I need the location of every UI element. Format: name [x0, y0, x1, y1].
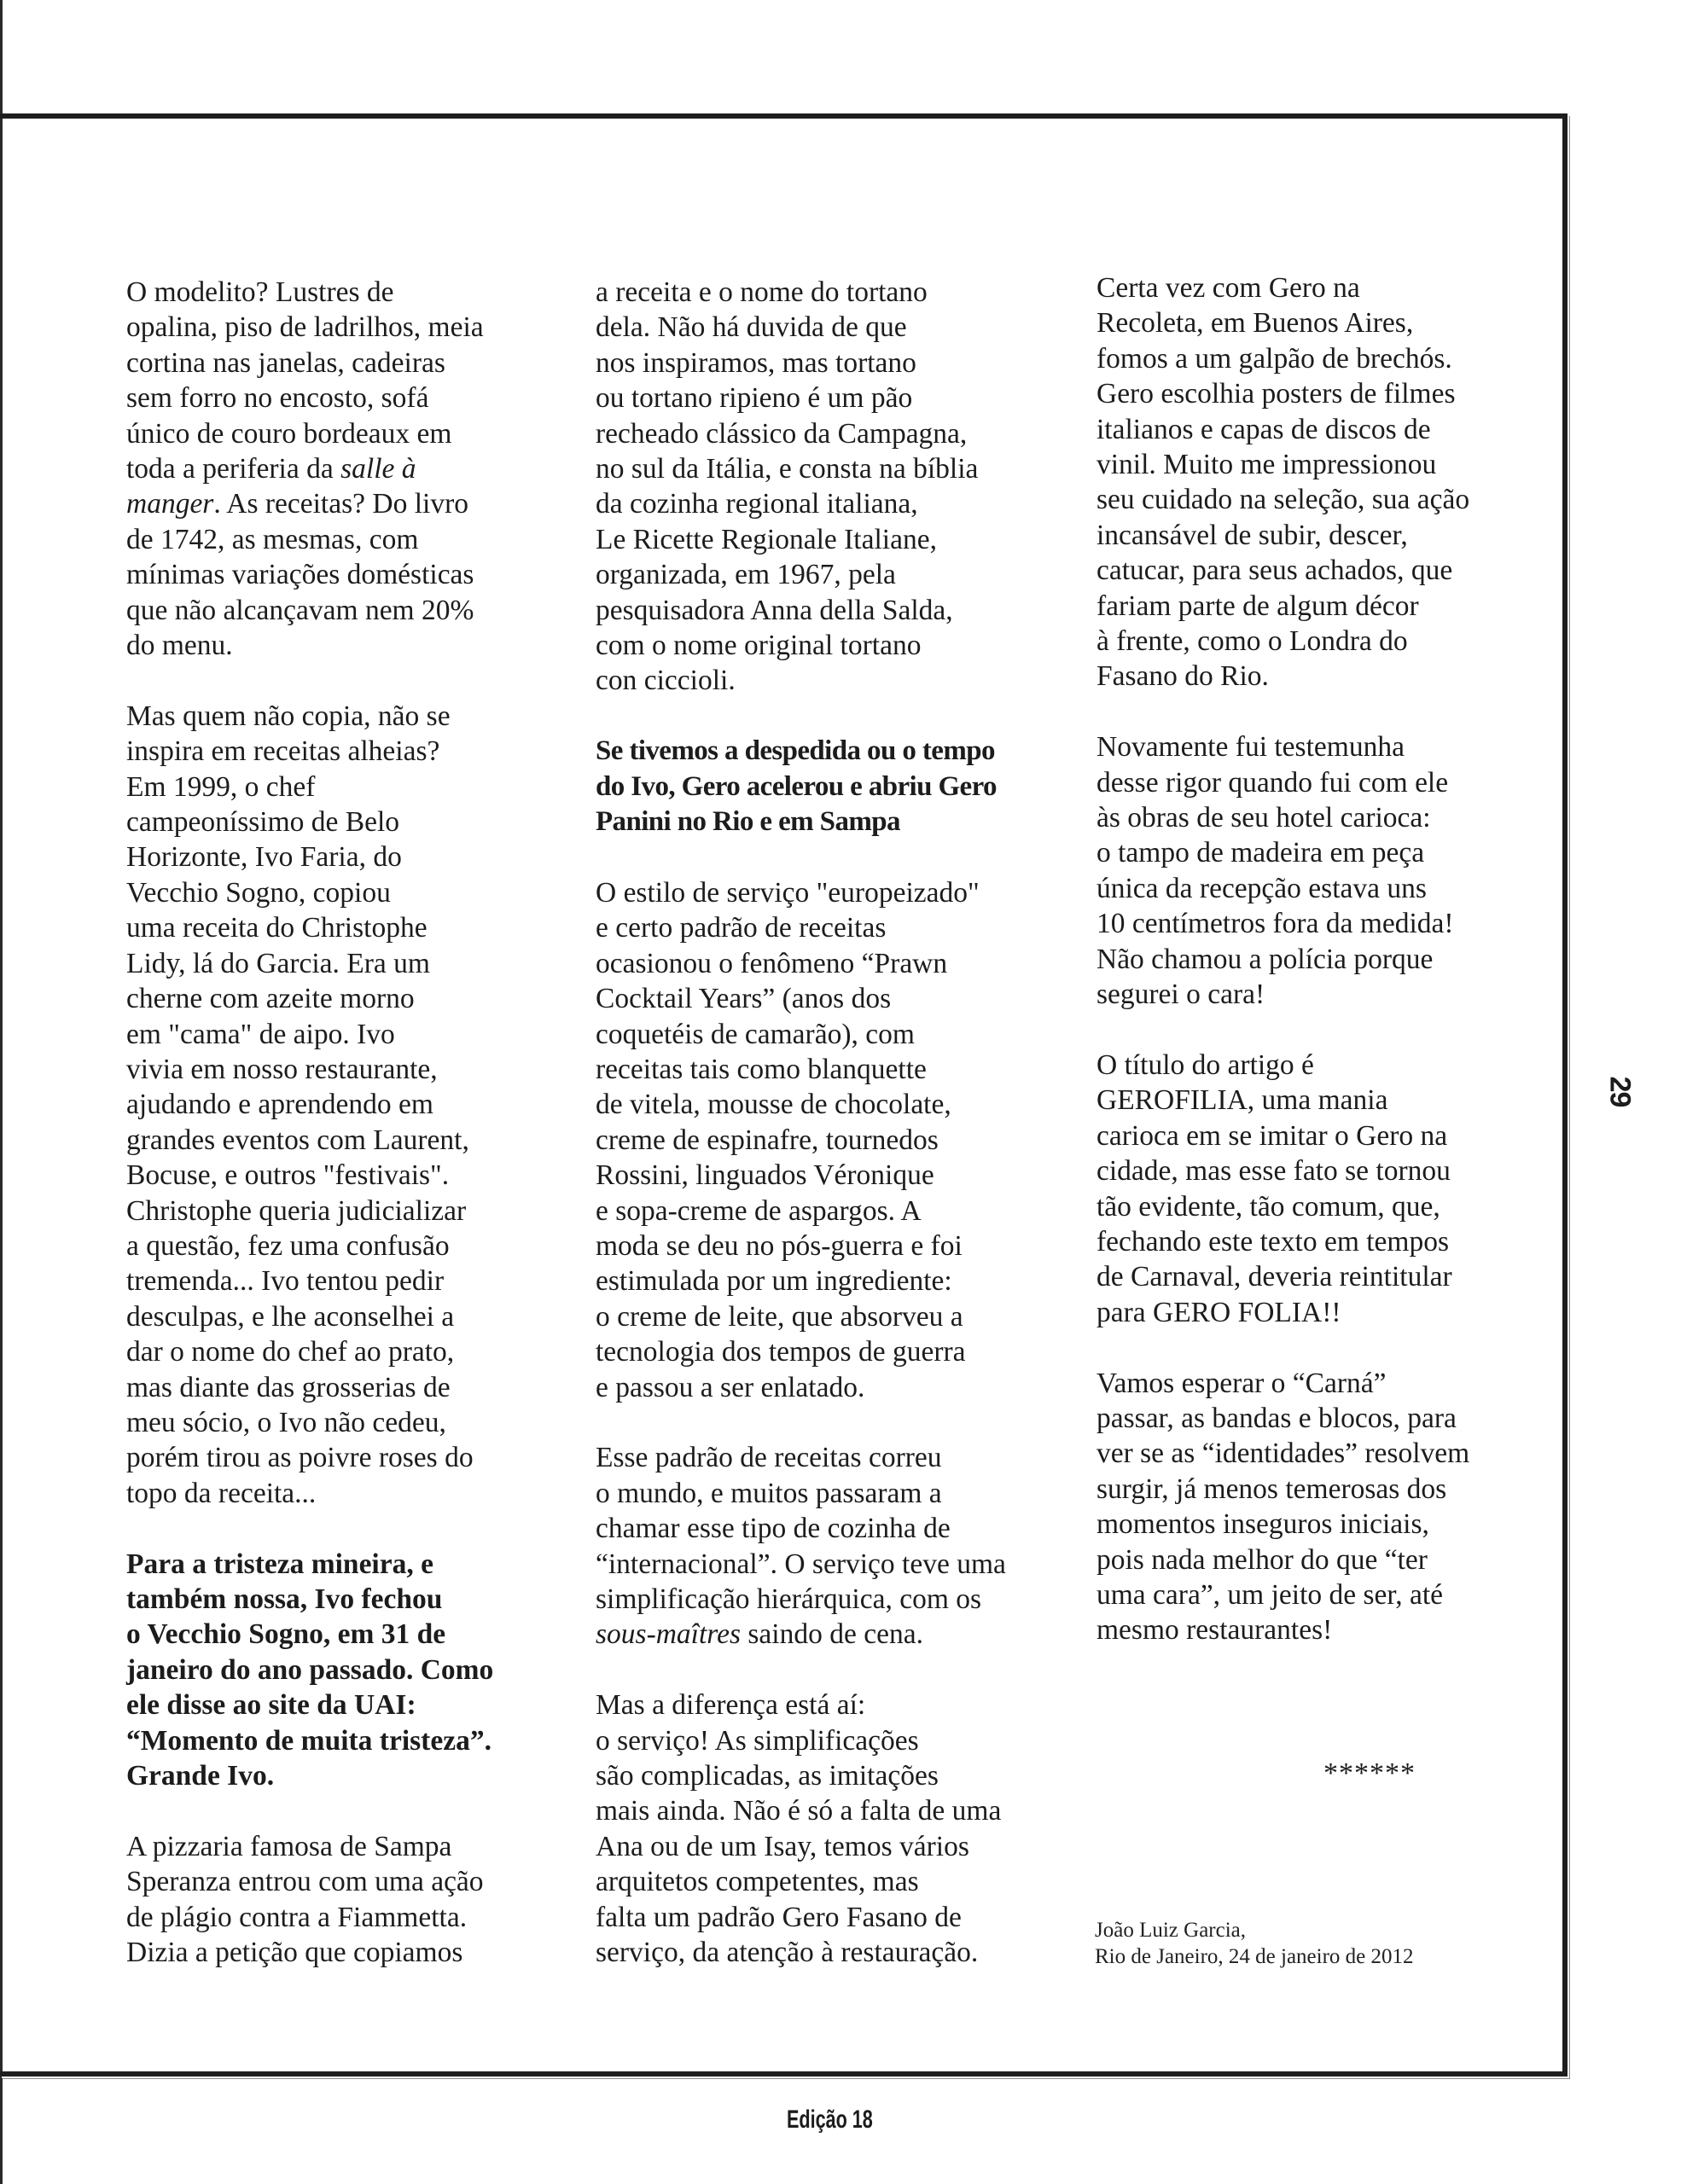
paragraph-text: Esse padrão de receitas correu o mundo, … — [596, 1442, 1006, 1615]
paragraph-text: saindo de cena. — [741, 1618, 923, 1650]
paragraph: Certa vez com Gero na Recoleta, em Bueno… — [1096, 270, 1574, 694]
paragraph: A pizzaria famosa de Sampa Speranza entr… — [126, 1829, 604, 1971]
page-number: 29 — [1602, 1077, 1636, 1107]
paragraph: Esse padrão de receitas correu o mundo, … — [596, 1440, 1073, 1652]
section-separator: ****** — [1096, 1757, 1574, 1790]
subheading: Se tivemos a despedida ou o tempo do Ivo… — [596, 734, 1073, 839]
author-name: João Luiz Garcia, — [1095, 1919, 1246, 1942]
place-date: Rio de Janeiro, 24 de janeiro de 2012 — [1095, 1945, 1414, 1968]
paragraph: O título do artigo é GEROFILIA, uma mani… — [1096, 1048, 1574, 1330]
italic-phrase: sous-maîtres — [596, 1618, 741, 1650]
paragraph: Novamente fui testemunha desse rigor qua… — [1096, 729, 1574, 1012]
column-1: O modelito? Lustres de opalina, piso de … — [126, 275, 604, 2006]
paragraph: Mas quem não copia, não se inspira em re… — [126, 699, 604, 1511]
paragraph: Vamos esperar o “Carná” passar, as banda… — [1096, 1366, 1574, 1648]
bold-paragraph: Para a tristeza mineira, e também nossa,… — [126, 1547, 604, 1794]
column-2: a receita e o nome do tortano dela. Não … — [596, 275, 1073, 2006]
column-3: Certa vez com Gero na Recoleta, em Bueno… — [1096, 270, 1574, 1683]
paragraph: a receita e o nome do tortano dela. Não … — [596, 275, 1073, 699]
paragraph: Mas a diferença está aí: o serviço! As s… — [596, 1687, 1073, 1970]
paragraph-text: O modelito? Lustres de opalina, piso de … — [126, 276, 484, 485]
paragraph: O estilo de serviço "europeizado" e cert… — [596, 875, 1073, 1405]
edition-footer: Edição 18 — [224, 2106, 1434, 2135]
paragraph: O modelito? Lustres de opalina, piso de … — [126, 275, 604, 663]
signature: João Luiz Garcia, Rio de Janeiro, 24 de … — [1095, 1917, 1573, 1970]
